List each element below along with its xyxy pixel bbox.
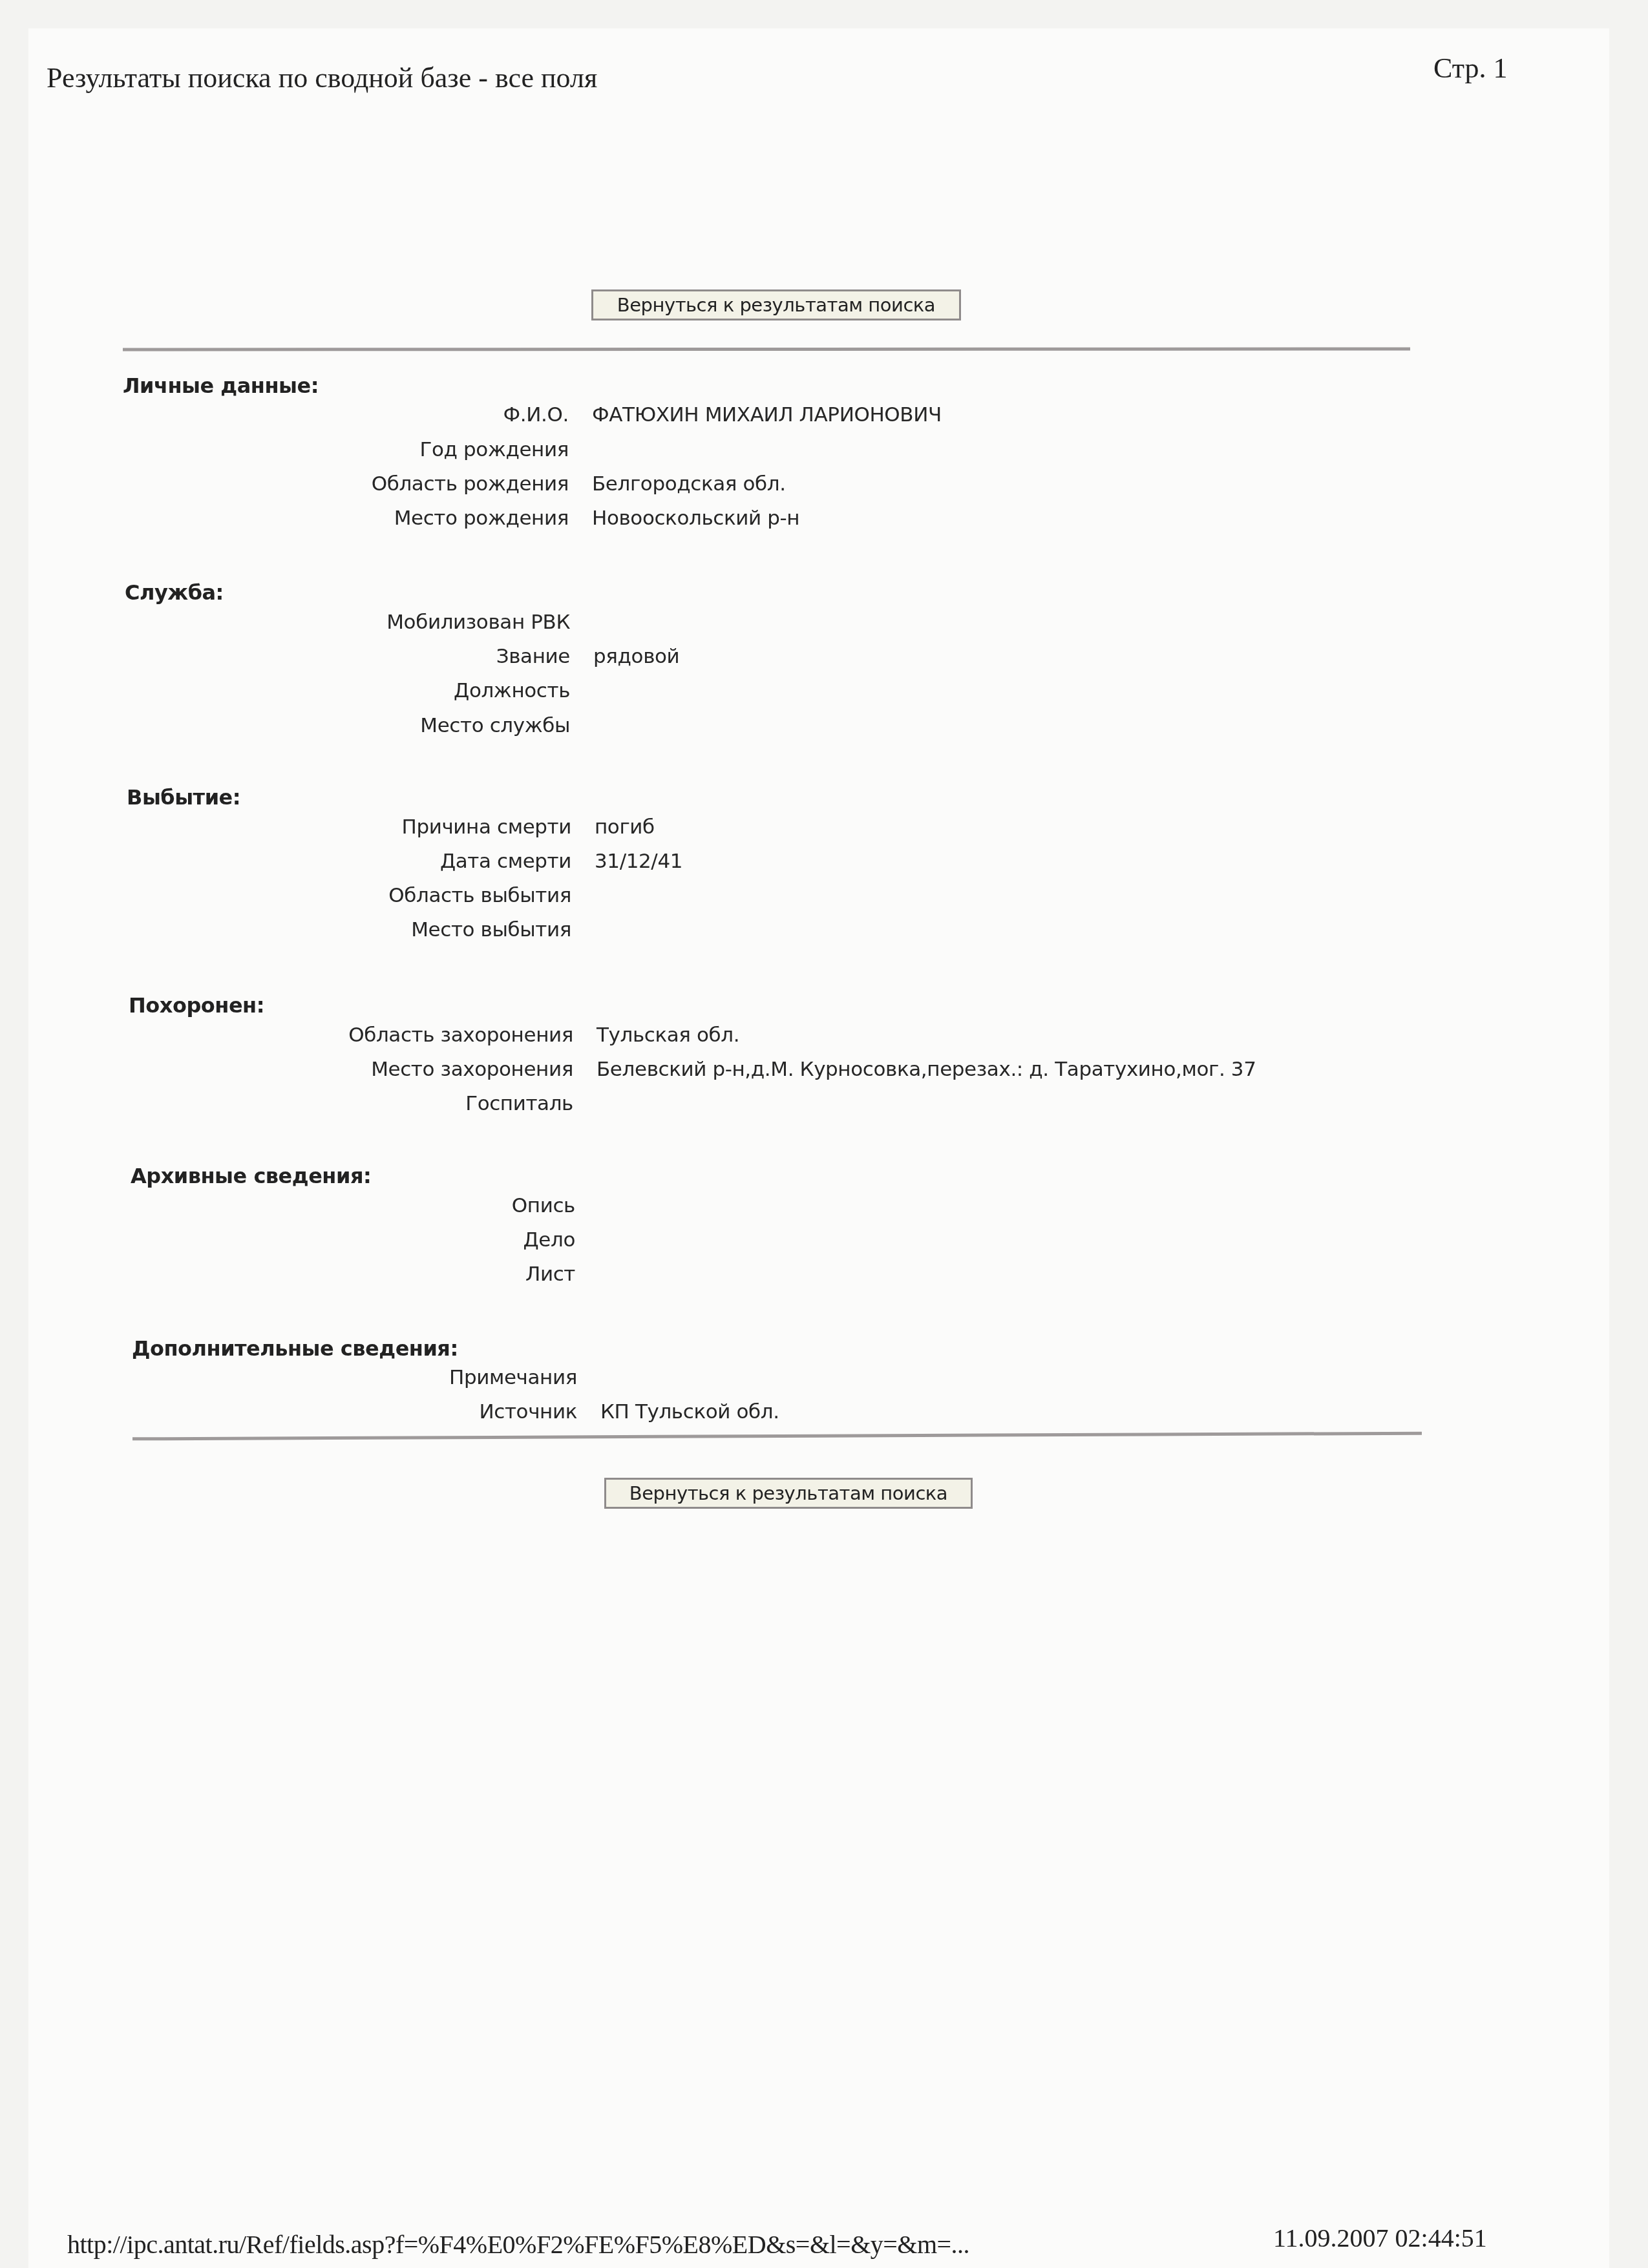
printed-page: [28, 28, 1609, 2268]
field-value: Тульская обл.: [597, 1024, 739, 1047]
field-label: Мобилизован РВК: [386, 611, 570, 634]
field-value: 31/12/41: [595, 850, 682, 873]
field-value: Белгородская обл.: [592, 472, 786, 496]
field-label: Опись: [512, 1194, 575, 1217]
section-heading: Личные данные:: [123, 373, 319, 398]
field-value: погиб: [595, 815, 655, 839]
field-label: Лист: [525, 1263, 575, 1286]
print-footer-datetime: 11.09.2007 02:44:51: [1273, 2223, 1487, 2253]
field-label: Область выбытия: [388, 884, 571, 907]
field-label: Дело: [523, 1228, 575, 1252]
field-label: Дата смерти: [440, 850, 571, 873]
field-value: ФАТЮХИН МИХАИЛ ЛАРИОНОВИЧ: [592, 403, 942, 426]
print-page-number: Стр. 1: [1433, 52, 1508, 85]
field-label: Причина смерти: [401, 815, 571, 839]
divider-top: [123, 347, 1410, 351]
field-label: Госпиталь: [465, 1092, 573, 1115]
field-label: Должность: [454, 679, 570, 702]
section-heading: Дополнительные сведения:: [132, 1336, 458, 1361]
field-value: Новооскольский р-н: [592, 507, 799, 530]
field-value: КП Тульской обл.: [600, 1400, 779, 1423]
field-label: Область захоронения: [348, 1024, 573, 1047]
field-label: Год рождения: [419, 438, 569, 461]
back-to-results-button-bottom[interactable]: Вернуться к результатам поиска: [604, 1478, 973, 1509]
field-label: Место рождения: [394, 507, 569, 530]
field-label: Источник: [479, 1400, 577, 1423]
field-label: Ф.И.О.: [503, 403, 569, 426]
print-header-title: Результаты поиска по сводной базе - все …: [47, 61, 597, 94]
field-label: Место службы: [420, 714, 570, 737]
section-heading: Выбытие:: [127, 785, 240, 810]
field-value: Белевский р-н,д.М. Курносовка,перезах.: …: [597, 1058, 1256, 1081]
section-heading: Служба:: [125, 580, 224, 605]
field-label: Место захоронения: [371, 1058, 573, 1081]
section-heading: Архивные сведения:: [131, 1164, 371, 1188]
field-label: Примечания: [449, 1366, 577, 1389]
field-label: Звание: [496, 645, 570, 668]
field-value: рядовой: [593, 645, 679, 668]
field-label: Область рождения: [372, 472, 569, 496]
section-heading: Похоронен:: [129, 993, 264, 1018]
field-label: Место выбытия: [411, 918, 571, 941]
back-to-results-button[interactable]: Вернуться к результатам поиска: [591, 289, 961, 320]
print-footer-url: http://ipc.antat.ru/Ref/fields.asp?f=%F4…: [67, 2229, 969, 2260]
